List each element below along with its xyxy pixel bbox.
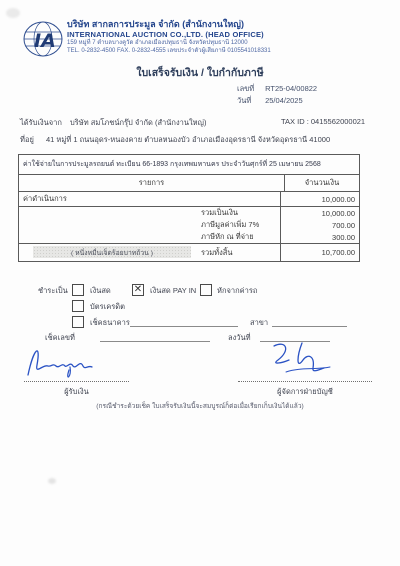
branch-label: สาขา [250, 317, 268, 329]
subtotal-amount: 10,000.00 [280, 207, 359, 219]
table-row-total: ( หนึ่งหมื่นเจ็ดร้อยบาทถ้วน ) รวมทั้งสิ้… [19, 243, 359, 261]
table-row-vat: ภาษีมูลค่าเพิ่ม 7% 700.00 [19, 219, 359, 231]
checkbox-payin [132, 284, 144, 296]
receiver-signature-line [24, 380, 129, 382]
item-amount: 10,000.00 [280, 192, 359, 206]
payer-address-label: ที่อยู่ [20, 134, 34, 146]
doc-info: เลขที่ RT25-04/00822 วันที่ 25/04/2025 [237, 83, 317, 107]
credit-card-label: บัตรเครดิต [90, 301, 125, 313]
cheque-bank-line [130, 325, 238, 327]
scan-artifact [6, 8, 20, 18]
cheque-date-label: ลงวันที่ [228, 332, 251, 344]
branch-line [272, 325, 347, 327]
total-amount: 10,700.00 [280, 244, 359, 261]
scan-artifact [48, 478, 56, 484]
company-contact: TEL. 0-2832-4500 FAX. 0-2832-4555 เลขประ… [67, 47, 377, 55]
company-address: 159 หมู่ที่ 7 ตำบลบางคูวัด อำเภอเมืองปทุ… [67, 39, 377, 47]
checkbox-cash [72, 284, 84, 296]
column-header-amount: จำนวนเงิน [284, 175, 359, 191]
payment-label: ชำระเป็น [38, 285, 68, 297]
payin-label: เงินสด PAY IN [150, 285, 196, 297]
doc-date-label: วันที่ [237, 95, 263, 107]
receiver-signature [24, 337, 139, 381]
receipt-document: IA บริษัท สากลการประมูล จำกัด (สำนักงานใ… [0, 0, 400, 566]
manager-label: ผู้จัดการฝ่ายบัญชี [238, 386, 372, 398]
subtotal-label: รวมเป็นเงิน [19, 207, 280, 219]
deduct-car-label: หักจากค่ารถ [217, 285, 257, 297]
doc-number: RT25-04/00822 [265, 84, 317, 93]
item-name: ค่าดำเนินการ [19, 192, 280, 206]
total-in-words: ( หนึ่งหมื่นเจ็ดร้อยบาทถ้วน ) [33, 246, 191, 258]
withholding-label: ภาษีหัก ณ ที่จ่าย [19, 231, 280, 243]
logo-letters: IA [34, 30, 56, 52]
manager-signature [258, 340, 353, 382]
company-name-en: INTERNATIONAL AUCTION CO.,LTD. (HEAD OFF… [67, 30, 377, 39]
received-from-label: ได้รับเงินจาก [20, 117, 62, 129]
doc-number-label: เลขที่ [237, 83, 263, 95]
received-from-value: บริษัท สมโภชน์กรุ๊ป จำกัด (สำนักงานใหญ่) [70, 117, 206, 129]
charges-table: ค่าใช้จ่ายในการประมูลรถยนต์ ทะเบียน 66-1… [18, 154, 360, 262]
payer-address-value: 41 หมู่ที่ 1 ถนนอุดร-หนองคาย ตำบลหนองบัว… [46, 134, 330, 146]
cash-label: เงินสด [90, 285, 111, 297]
table-row: ค่าดำเนินการ 10,000.00 [19, 192, 359, 207]
table-row-withholding: ภาษีหัก ณ ที่จ่าย 300.00 [19, 231, 359, 243]
table-row-subtotal: รวมเป็นเงิน 10,000.00 [19, 207, 359, 219]
company-header: บริษัท สากลการประมูล จำกัด (สำนักงานใหญ่… [67, 19, 377, 55]
checkbox-cheque [72, 316, 84, 328]
cheque-footnote: (กรณีชำระด้วยเช็ค ใบเสร็จรับเงินนี้จะสมบ… [0, 400, 400, 411]
checkbox-credit-card [72, 300, 84, 312]
total-label: รวมทั้งสิ้น [201, 247, 233, 259]
table-header-row: รายการ จำนวนเงิน [19, 175, 359, 192]
auction-description: ค่าใช้จ่ายในการประมูลรถยนต์ ทะเบียน 66-1… [19, 155, 359, 175]
cheque-bank-label: เช็คธนาคาร [90, 317, 130, 329]
vat-label: ภาษีมูลค่าเพิ่ม 7% [19, 219, 280, 231]
company-logo: IA [22, 20, 64, 58]
payer-tax-id: TAX ID : 0415562000021 [281, 117, 365, 126]
checkbox-deduct-car [200, 284, 212, 296]
withholding-amount: 300.00 [280, 231, 359, 243]
company-name-th: บริษัท สากลการประมูล จำกัด (สำนักงานใหญ่… [67, 19, 377, 30]
receiver-label: ผู้รับเงิน [24, 386, 129, 398]
manager-signature-line [238, 380, 372, 382]
vat-amount: 700.00 [280, 219, 359, 231]
column-header-item: รายการ [19, 175, 284, 191]
doc-date: 25/04/2025 [265, 96, 303, 105]
document-title: ใบเสร็จรับเงิน / ใบกำกับภาษี [0, 64, 400, 81]
